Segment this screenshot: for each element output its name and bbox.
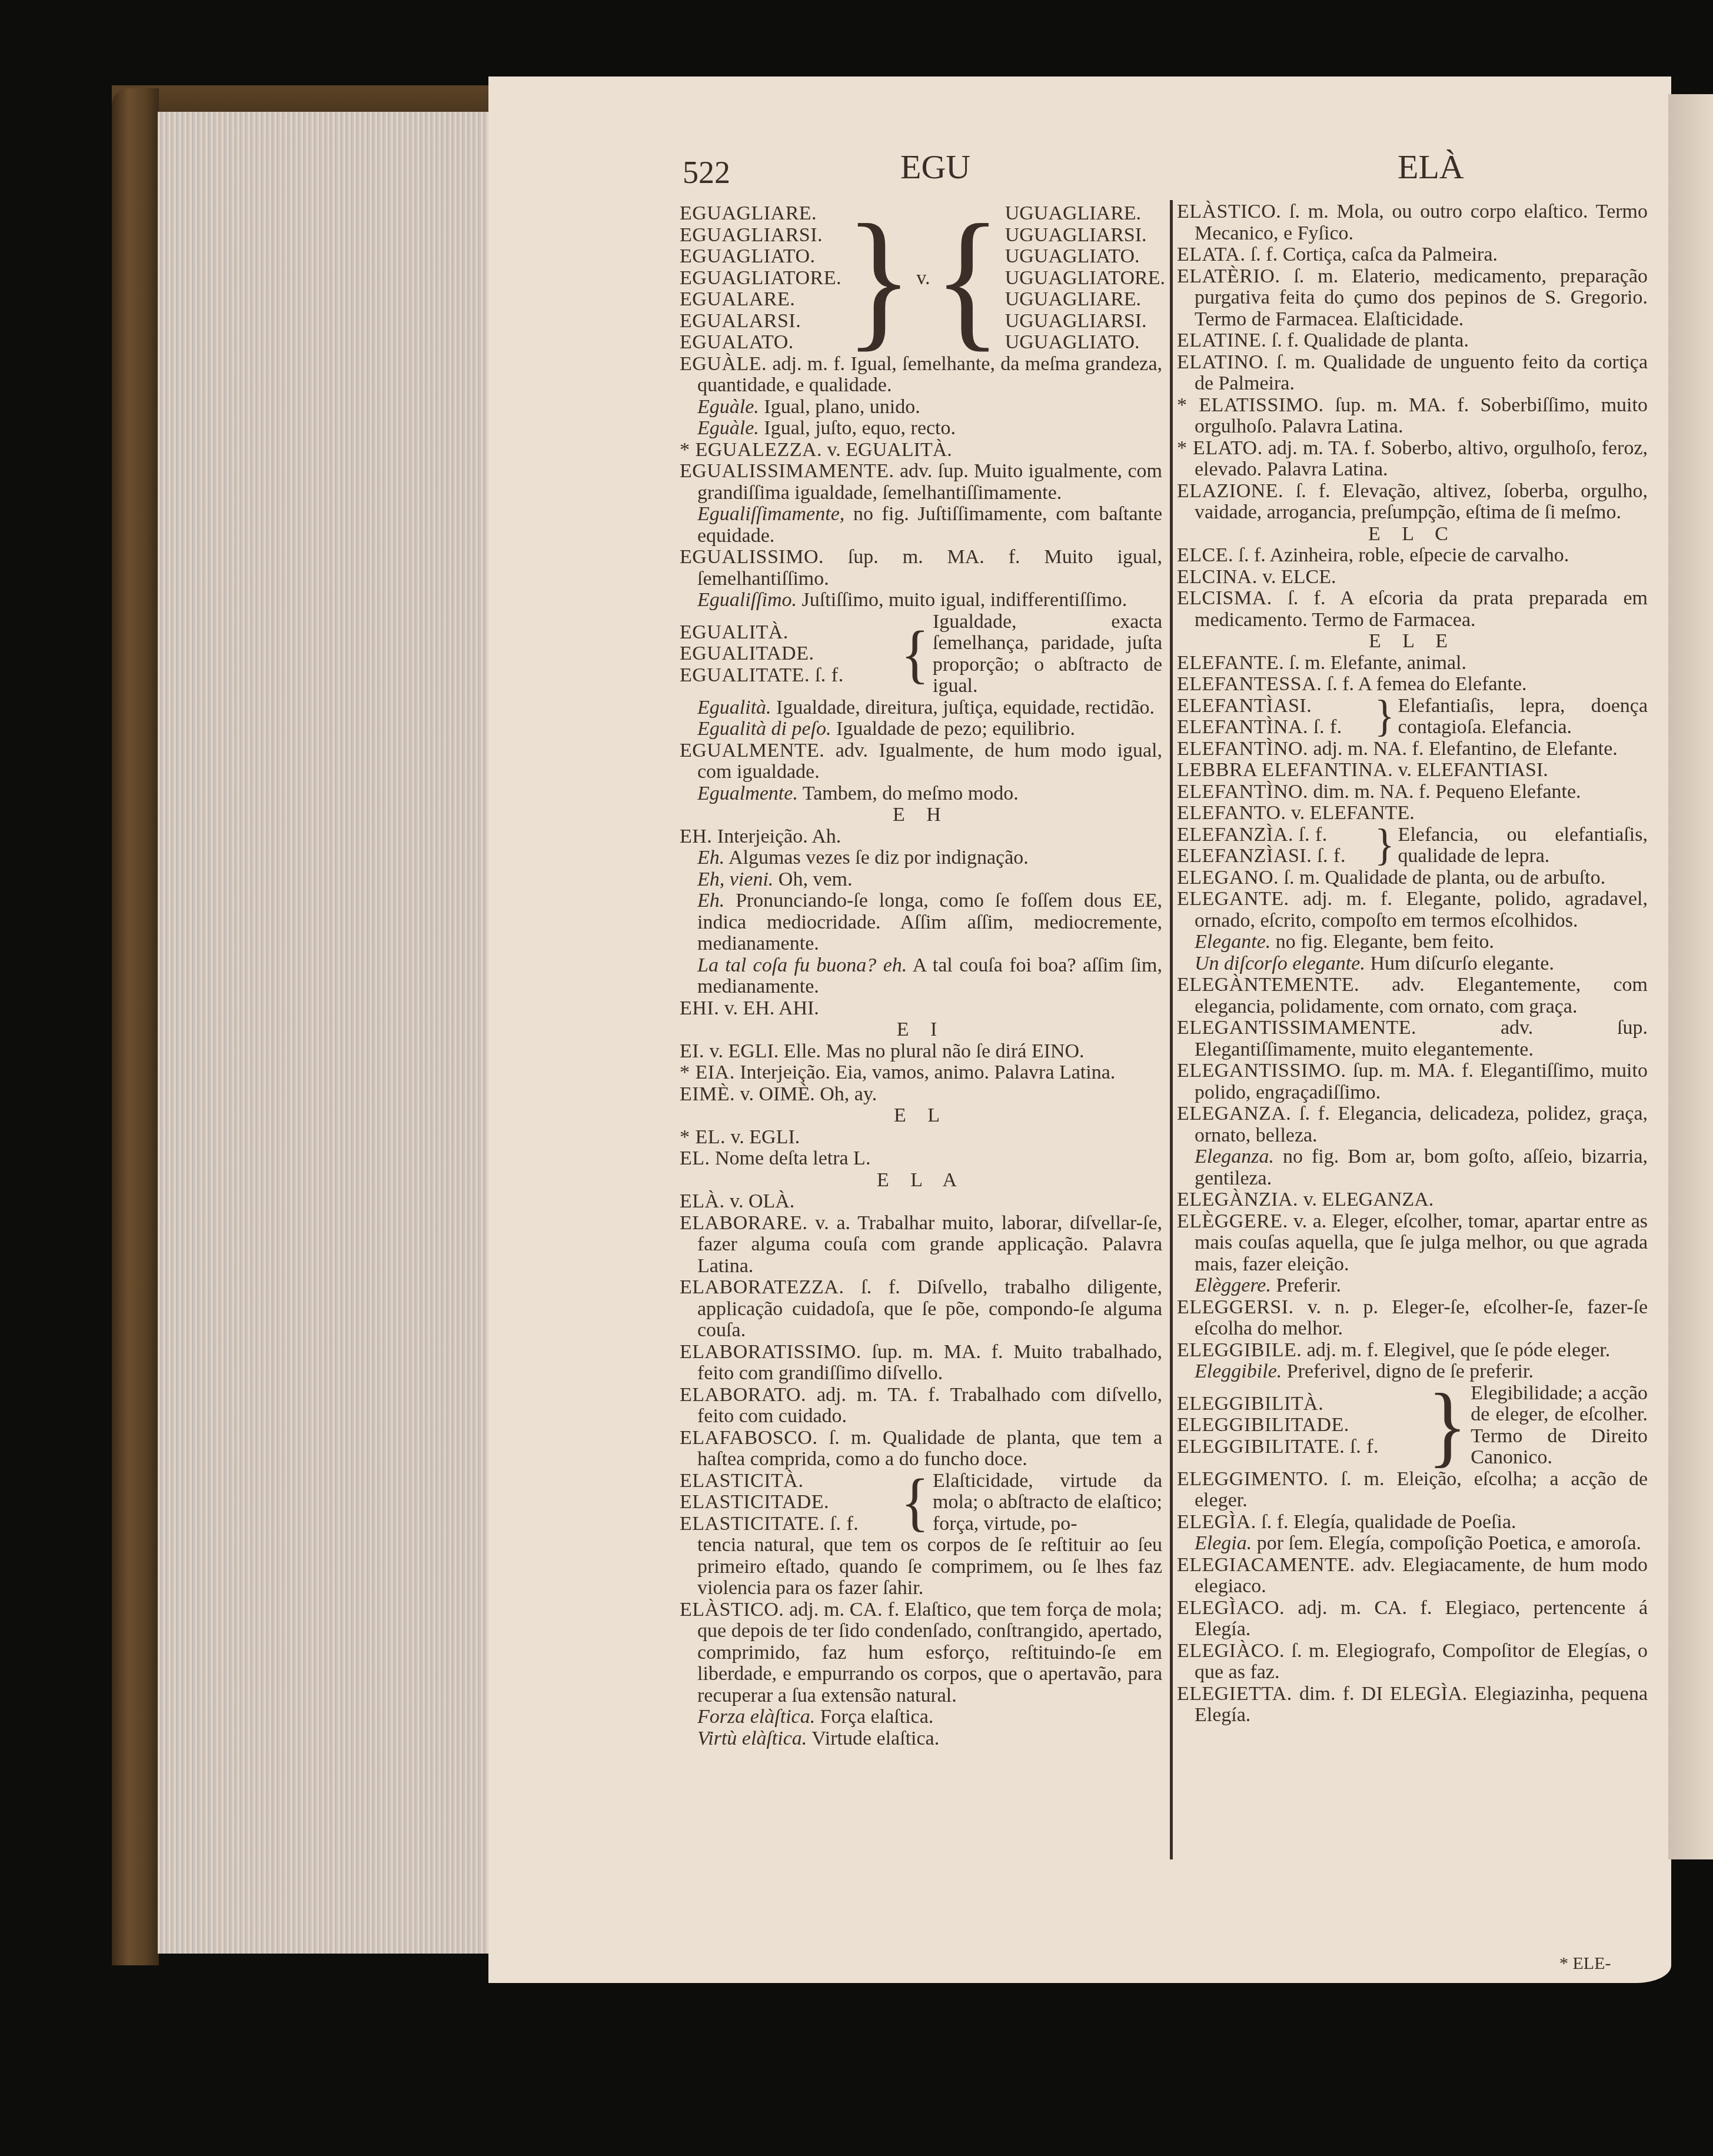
entry: ELEGANO. ſ. m. Qualidade de planta, ou d…	[1177, 867, 1648, 889]
entry: ELEGÌACO. adj. m. CA. f. Elegiaco, perte…	[1177, 1598, 1648, 1641]
sense: Eleganza. no fig. Bom ar, bom goſto, aſſ…	[1177, 1146, 1648, 1189]
column-rule	[1170, 200, 1173, 1859]
entry: ELEFANTÌNO. dim. m. NA. f. Pequeno Elefa…	[1177, 781, 1648, 803]
headword: ELASTICITATE. ſ. f.	[680, 1513, 897, 1535]
sense: Egualiſſimamente, no fig. Juſtiſſimament…	[680, 504, 1162, 547]
headword: EGUALITÀ.	[680, 622, 897, 644]
reference-target: UGUAGLIATORE.	[1005, 268, 1165, 290]
entry: ELATA. ſ. f. Cortiça, caſca da Palmeira.	[1177, 244, 1648, 266]
entry: ELATINE. ſ. f. Qualidade de planta.	[1177, 330, 1648, 352]
entry: * EIA. Interjeição. Eia, vamos, animo. P…	[680, 1062, 1162, 1084]
reference-target: UGUAGLIATO.	[1005, 332, 1165, 354]
entry-group-egualita: EGUALITÀ. EGUALITADE. EGUALITATE. ſ. f. …	[680, 611, 1162, 697]
facing-page-edge	[1668, 94, 1713, 1859]
entry: * ELATISSIMO. ſup. m. MA. f. Soberbiſſim…	[1177, 395, 1648, 438]
left-brace-icon: {	[897, 622, 933, 687]
entry-group-eguagliare: EGUAGLIARE. EGUAGLIARSI. EGUAGLIATO. EGU…	[680, 203, 1162, 354]
entry: ELÀ. v. OLÀ.	[680, 1191, 1162, 1213]
headword: ELASTICITADE.	[680, 1492, 897, 1513]
headword: ELEGGIBILITADE.	[1177, 1415, 1424, 1436]
definition: Elefantiaſis, lepra, doença contagioſa. …	[1398, 696, 1648, 738]
right-brace-icon: }	[1424, 1380, 1471, 1471]
entry: ELEGÌA. ſ. f. Elegía, qualidade de Poeſi…	[1177, 1512, 1648, 1533]
sense: Elegia. por ſem. Elegía, compoſição Poet…	[1177, 1533, 1648, 1555]
entry: EGUÀLE. adj. m. f. Igual, ſemelhante, da…	[680, 354, 1162, 397]
page-edges	[158, 112, 491, 1954]
entry: EGUALISSIMAMENTE. adv. ſup. Muito igualm…	[680, 461, 1162, 504]
left-column: EGUAGLIARE. EGUAGLIARSI. EGUAGLIATO. EGU…	[680, 203, 1162, 1749]
reference-target: UGUAGLIARE.	[1005, 203, 1165, 225]
entry-group-elefanzia: ELEFANZÌA. ſ. f. ELEFANZÌASI. ſ. f. } El…	[1177, 824, 1648, 867]
running-head-left: EGU	[900, 147, 970, 187]
section-heading: E L C	[1177, 524, 1648, 545]
headword: ELEGGIBILITÀ.	[1177, 1393, 1424, 1415]
headword: EGUAGLIARE.	[680, 203, 841, 225]
headword: ELEFANZÌASI. ſ. f.	[1177, 846, 1371, 867]
left-brace-icon: {	[897, 1470, 933, 1535]
entry: ELABORATEZZA. ſ. f. Diſvello, trabalho d…	[680, 1277, 1162, 1342]
sense: La tal coſa fu buona? eh. A tal couſa fo…	[680, 955, 1162, 998]
right-brace-icon: }	[841, 201, 916, 356]
cross-reference-marker: v.	[916, 268, 930, 290]
sense: Un diſcorſo elegante. Hum diſcurſo elega…	[1177, 953, 1648, 975]
entry: EI. v. EGLI. Elle. Mas no plural não ſe …	[680, 1041, 1162, 1063]
entry: EH. Interjeição. Ah.	[680, 826, 1162, 848]
entry: ELAZIONE. ſ. f. Elevação, altivez, ſober…	[1177, 481, 1648, 524]
entry: ELEGGERSI. v. n. p. Eleger-ſe, eſcolher-…	[1177, 1297, 1648, 1340]
entry: ELEGGIBILE. adj. m. f. Elegivel, que ſe …	[1177, 1340, 1648, 1362]
entry: ELEGÀNZIA. v. ELEGANZA.	[1177, 1189, 1648, 1211]
headword: EGUAGLIATO.	[680, 246, 841, 268]
sense: Egualità. Igualdade, direitura, juſtiça,…	[680, 697, 1162, 719]
headword: EGUAGLIARSI.	[680, 225, 841, 247]
entry: ELCISMA. ſ. f. A eſcoria da prata prepar…	[1177, 588, 1648, 631]
definition-continued: tencia natural, que tem os corpos de ſe …	[680, 1535, 1162, 1599]
entry: ELAFABOSCO. ſ. m. Qualidade de planta, q…	[680, 1428, 1162, 1470]
entry: * ELATO. adj. m. TA. f. Soberbo, altivo,…	[1177, 438, 1648, 481]
headword: ELEFANTÌNA. ſ. f.	[1177, 717, 1371, 738]
entry: ELEFANTE. ſ. m. Elefante, animal.	[1177, 653, 1648, 674]
entry: ELABORARE. v. a. Trabalhar muito, labora…	[680, 1213, 1162, 1277]
book-spine	[112, 88, 159, 1965]
entry: ELEGANTISSIMAMENTE. adv. ſup. Elegantiſſ…	[1177, 1017, 1648, 1060]
headword: EGUAGLIATORE.	[680, 268, 841, 290]
section-heading: E H	[680, 804, 1162, 826]
entry: ELATÈRIO. ſ. m. Elaterio, medicamento, p…	[1177, 266, 1648, 331]
right-column: ELÀSTICO. ſ. m. Mola, ou outro corpo ela…	[1177, 201, 1648, 1726]
entry: EGUALISSIMO. ſup. m. MA. f. Muito igual,…	[680, 547, 1162, 590]
entry: ELABORATISSIMO. ſup. m. MA. f. Muito tra…	[680, 1342, 1162, 1385]
entry: ELEFANTESSA. ſ. f. A femea do Elefante.	[1177, 674, 1648, 696]
entry: ELÀSTICO. ſ. m. Mola, ou outro corpo ela…	[1177, 201, 1648, 244]
sense: Egualità di peſo. Igualdade de pezo; equ…	[680, 718, 1162, 740]
reference-target: UGUAGLIARSI.	[1005, 225, 1165, 247]
headword: EGUALARE.	[680, 289, 841, 311]
entry: ELEGANTE. adj. m. f. Elegante, polido, a…	[1177, 889, 1648, 931]
sense: Eguàle. Igual, plano, unido.	[680, 397, 1162, 418]
headword: ELEFANTÌASI.	[1177, 696, 1371, 717]
section-heading: E L E	[1177, 631, 1648, 653]
section-heading: E L A	[680, 1170, 1162, 1192]
sense: Eh. Pronunciando-ſe longa, como ſe foſſe…	[680, 890, 1162, 955]
reference-target: UGUAGLIARE.	[1005, 289, 1165, 311]
sense: Virtù elàſtica. Virtude elaſtica.	[680, 1728, 1162, 1750]
entry: LEBBRA ELEFANTINA. v. ELEFANTIASI.	[1177, 760, 1648, 781]
sense: Egualiſſimo. Juſtiſſimo, muito igual, in…	[680, 590, 1162, 611]
entry: ELATINO. ſ. m. Qualidade de unguento fei…	[1177, 352, 1648, 395]
headword: EGUALITADE.	[680, 643, 897, 665]
entry: ELEGIACAMENTE. adv. Elegiacamente, de hu…	[1177, 1555, 1648, 1598]
reference-target: UGUAGLIATO.	[1005, 246, 1165, 268]
entry: ELEGANTISSIMO. ſup. m. MA. f. Elegantiſſ…	[1177, 1060, 1648, 1103]
section-heading: E L	[680, 1105, 1162, 1127]
entry: EGUALMENTE. adv. Igualmente, de hum modo…	[680, 740, 1162, 783]
sense: Eleggibile. Preferivel, digno de ſe pref…	[1177, 1361, 1648, 1383]
running-head-right: ELÀ	[1398, 147, 1464, 187]
sense: Eguàle. Igual, juſto, equo, recto.	[680, 418, 1162, 440]
entry: ELEGGIMENTO. ſ. m. Eleição, eſcolha; a a…	[1177, 1469, 1648, 1512]
entry: ELCINA. v. ELCE.	[1177, 567, 1648, 588]
page-number: 522	[683, 154, 730, 191]
entry: EIMÈ. v. OIMÈ. Oh, ay.	[680, 1084, 1162, 1106]
entry: ELEGANZA. ſ. f. Elegancia, delicadeza, p…	[1177, 1103, 1648, 1146]
entry: ELEGIÀCO. ſ. m. Elegiografo, Compoſitor …	[1177, 1641, 1648, 1683]
sense: Elèggere. Preferir.	[1177, 1275, 1648, 1297]
headword: ELEGGIBILITATE. ſ. f.	[1177, 1436, 1424, 1458]
entry: ELEGIETTA. dim. f. DI ELEGÌA. Elegiazinh…	[1177, 1683, 1648, 1726]
entry: ELCE. ſ. f. Azinheira, roble, eſpecie de…	[1177, 545, 1648, 567]
entry: ELÀSTICO. adj. m. CA. f. Elaſtico, que t…	[680, 1599, 1162, 1707]
entry-group-elasticita: ELASTICITÀ. ELASTICITADE. ELASTICITATE. …	[680, 1470, 1162, 1535]
sense: Eh. Algumas vezes ſe diz por indignação.	[680, 847, 1162, 869]
headword: EGUALARSI.	[680, 311, 841, 332]
entry: ELEFANTÌNO. adj. m. NA. f. Elefantino, d…	[1177, 738, 1648, 760]
right-brace-icon: }	[1371, 823, 1398, 869]
headword: ELASTICITÀ.	[680, 1470, 897, 1492]
entry: * EL. v. EGLI.	[680, 1127, 1162, 1149]
definition: Elefancia, ou elefantiaſis, qualidade de…	[1398, 824, 1648, 867]
definition: Igualdade, exacta ſemelhança, paridade, …	[933, 611, 1162, 697]
entry: ELÈGGERE. v. a. Eleger, eſcolher, tomar,…	[1177, 1211, 1648, 1276]
catchword: * ELE-	[1559, 1954, 1611, 1974]
definition: Elaſticidade, virtude da mola; o abſtrac…	[933, 1470, 1162, 1535]
sense: Forza elàſtica. Força elaſtica.	[680, 1706, 1162, 1728]
entry: ELABORATO. adj. m. TA. f. Trabalhado com…	[680, 1385, 1162, 1428]
entry: * EGUALEZZA. v. EGUALITÀ.	[680, 440, 1162, 461]
entry: ELEFANTO. v. ELEFANTE.	[1177, 803, 1648, 824]
headword: ELEFANZÌA. ſ. f.	[1177, 824, 1371, 846]
entry-group-eleggibilita: ELEGGIBILITÀ. ELEGGIBILITADE. ELEGGIBILI…	[1177, 1383, 1648, 1469]
entry-group-elefantiasi: ELEFANTÌASI. ELEFANTÌNA. ſ. f. } Elefant…	[1177, 696, 1648, 738]
reference-target: UGUAGLIARSI.	[1005, 311, 1165, 332]
entry: EHI. v. EH. AHI.	[680, 998, 1162, 1020]
left-brace-icon: {	[930, 201, 1005, 356]
sense: Elegante. no fig. Elegante, bem feito.	[1177, 931, 1648, 953]
sense: Eh, vieni. Oh, vem.	[680, 869, 1162, 891]
headword: EGUALITATE. ſ. f.	[680, 665, 897, 687]
section-heading: E I	[680, 1019, 1162, 1041]
sense: Egualmente. Tambem, do meſmo modo.	[680, 783, 1162, 805]
headword: EGUALATO.	[680, 332, 841, 354]
right-brace-icon: }	[1371, 694, 1398, 740]
definition: Elegibilidade; a acção de eleger, de eſc…	[1471, 1383, 1648, 1469]
entry: EL. Nome deſta letra L.	[680, 1148, 1162, 1170]
entry: ELEGÀNTEMENTE. adv. Elegantemente, com e…	[1177, 974, 1648, 1017]
